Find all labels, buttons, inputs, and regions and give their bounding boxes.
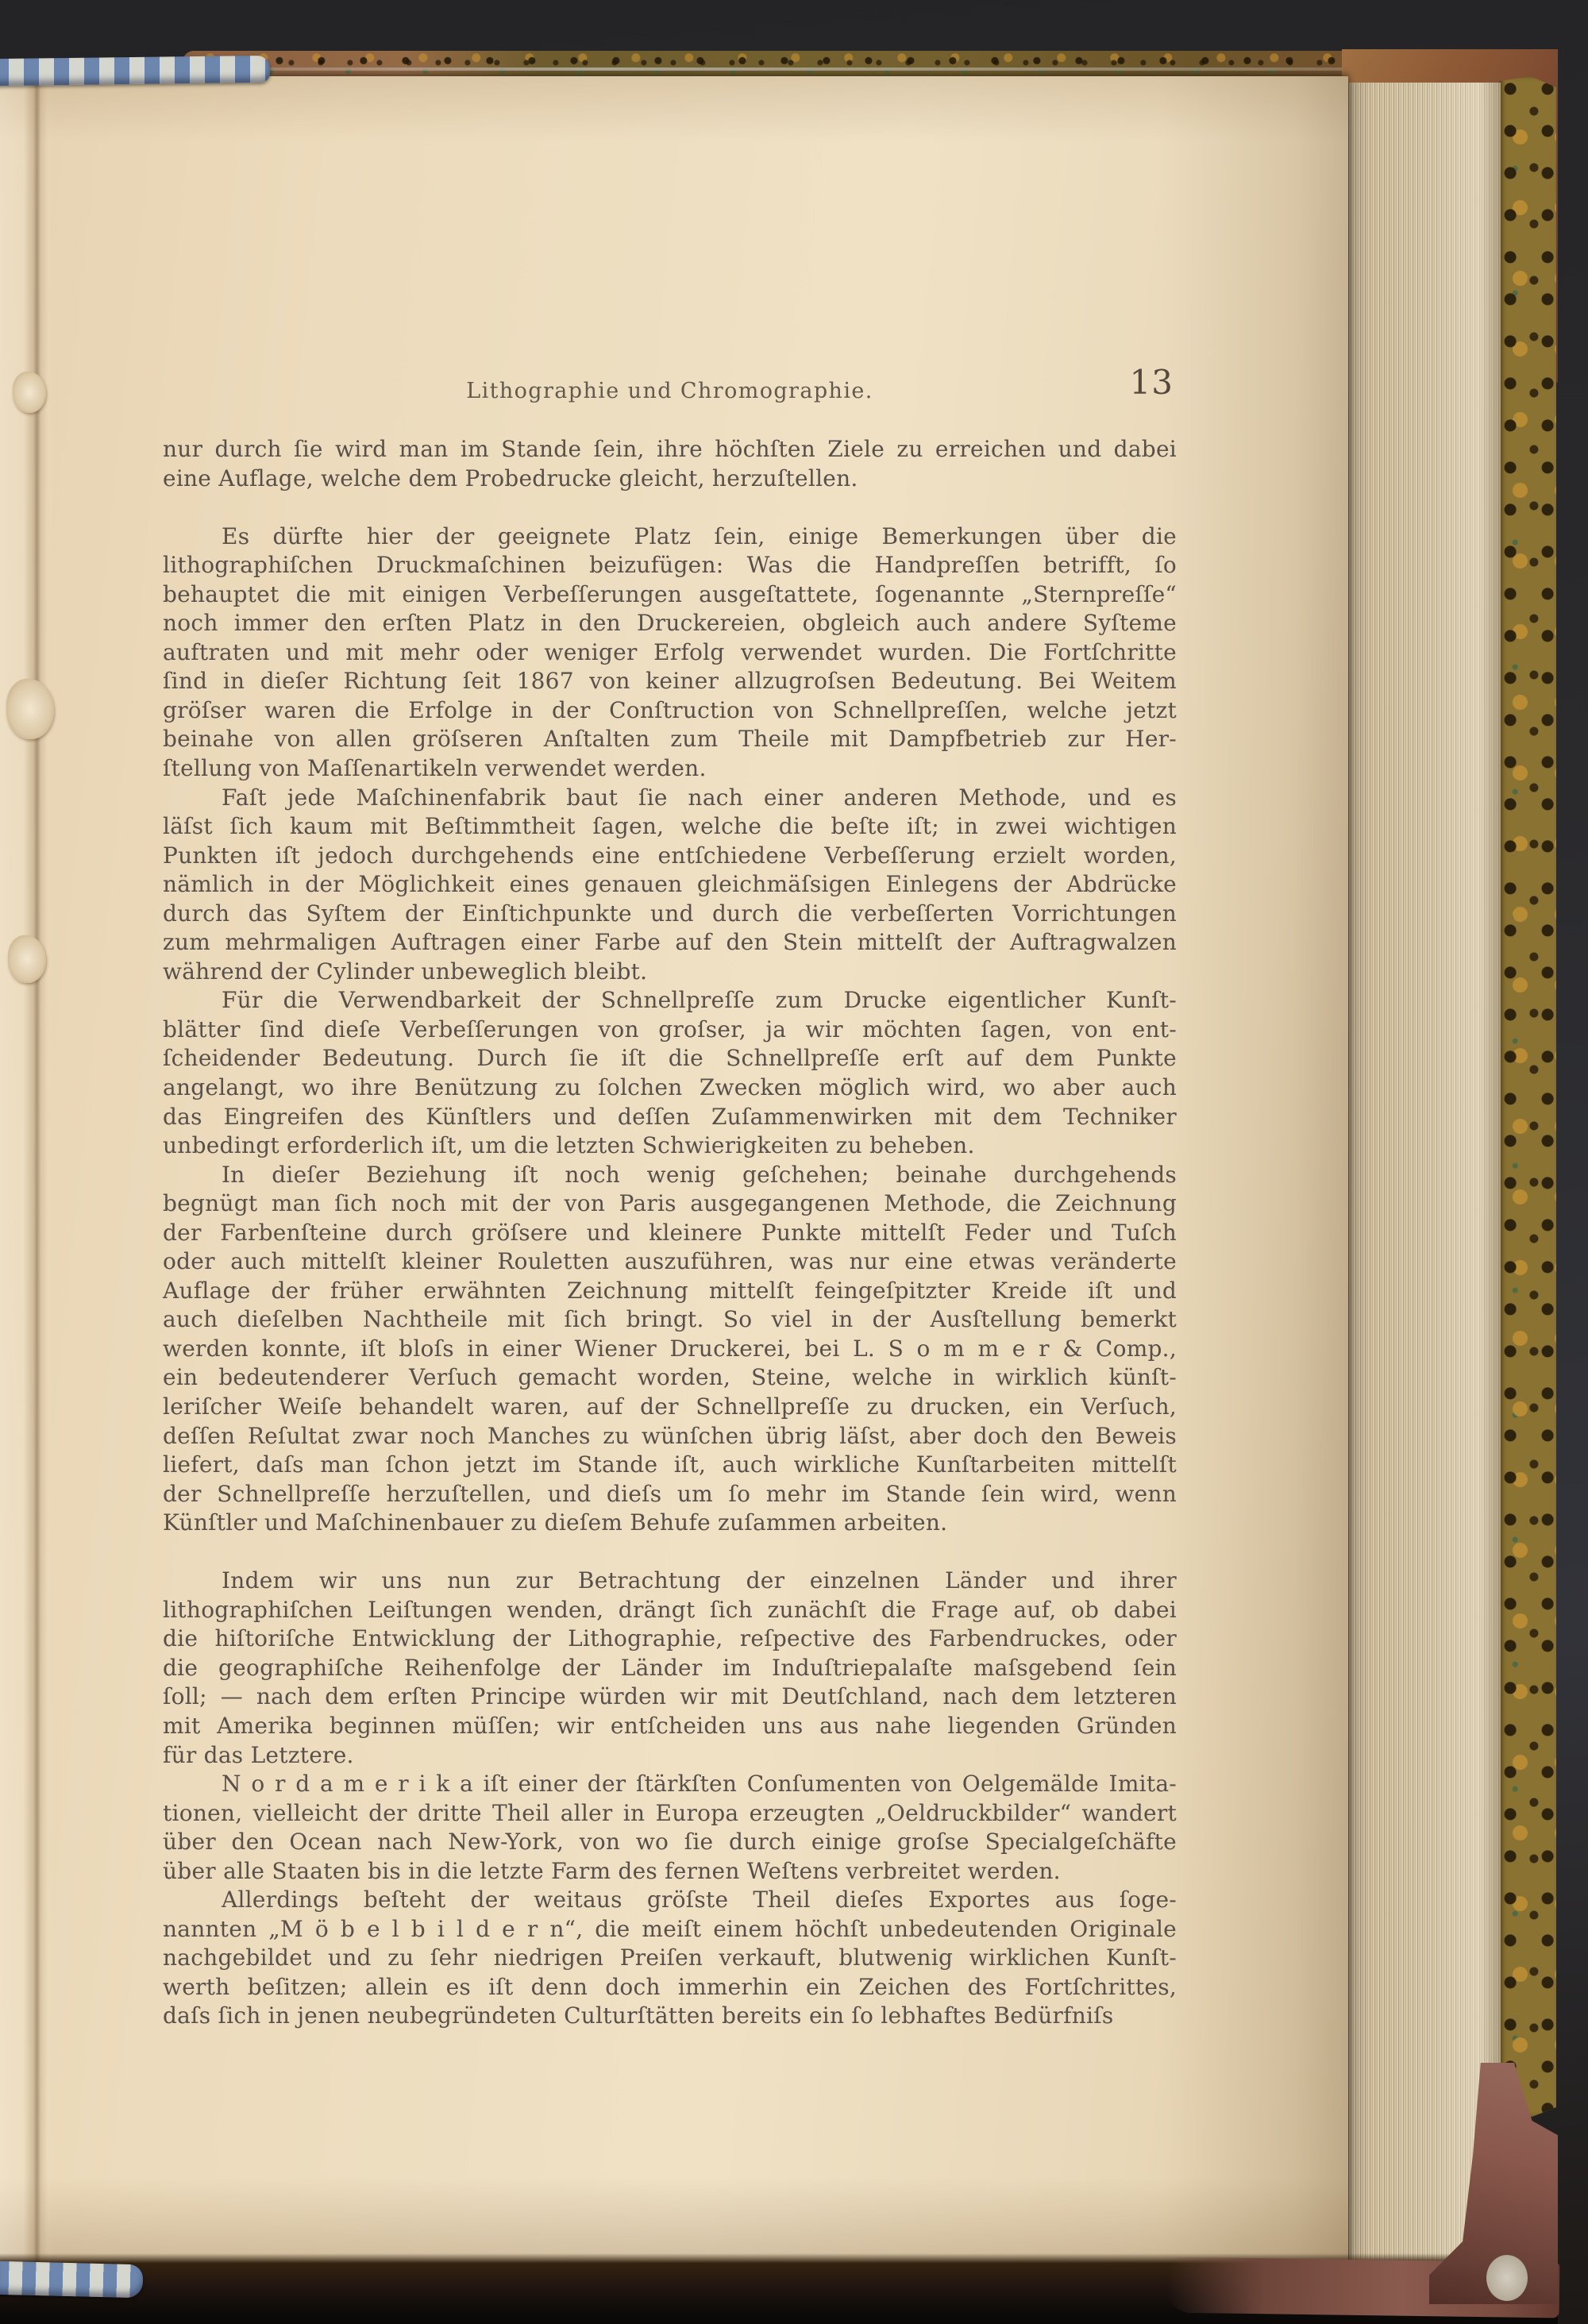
text-line: behauptet die mit einigen Verbeſſerungen… — [163, 580, 1177, 610]
text-line: während der Cylinder unbeweglich bleibt. — [163, 958, 1177, 987]
marbled-cover-strip — [1499, 76, 1556, 2117]
text-line: angelangt, wo ihre Benützung zu ſolchen … — [163, 1073, 1177, 1103]
text-line: Faſt jede Maſchinenfabrik baut ſie nach … — [163, 784, 1177, 813]
text-line: lithographiſchen Druckmaſchinen beizufüg… — [163, 551, 1177, 580]
paragraph: In dieſer Beziehung iſt noch wenig geſch… — [163, 1161, 1177, 1538]
text-line: begnügt man ſich noch mit der von Paris … — [163, 1189, 1177, 1219]
text-line: Es dürfte hier der geeignete Platz ſein,… — [163, 522, 1177, 552]
paragraph: nur durch ſie wird man im Stande ſein, i… — [163, 435, 1177, 493]
book-photo: Lithographie und Chromographie. 13 nur d… — [0, 0, 1588, 2324]
text-line: der Schnellpreſſe herzuſtellen, und dieſ… — [163, 1480, 1177, 1509]
text-line: eine Auflage, welche dem Probedrucke gle… — [163, 464, 1177, 494]
text-line: läſst ſich kaum mit Beſtimmtheit ſagen, … — [163, 812, 1177, 842]
text-line: die hiſtoriſche Entwicklung der Lithogra… — [163, 1624, 1177, 1654]
text-line: In dieſer Beziehung iſt noch wenig geſch… — [163, 1161, 1177, 1190]
book-page: Lithographie und Chromographie. 13 nur d… — [0, 76, 1348, 2264]
paragraph: Allerdings beſteht der weitaus gröſste T… — [163, 1886, 1177, 2031]
paragraph: Für die Verwendbarkeit der Schnellpreſſe… — [163, 986, 1177, 1160]
text-line: ein bedeutenderer Verſuch gemacht worden… — [163, 1363, 1177, 1393]
text-line: Künſtler und Maſchinenbauer zu dieſem Be… — [163, 1509, 1177, 1538]
page-fore-edge — [1348, 83, 1501, 2264]
text-line: Für die Verwendbarkeit der Schnellpreſſe… — [163, 986, 1177, 1016]
text-line: nannten „M ö b e l b i l d e r n“, die m… — [163, 1915, 1177, 1944]
text-line: werden konnte, iſt bloſs in einer Wiener… — [163, 1335, 1177, 1364]
page-header: Lithographie und Chromographie. 13 — [163, 366, 1177, 417]
text-line: durch das Syſtem der Einſtichpunkte und … — [163, 900, 1177, 929]
text-line: beinahe von allen gröſseren Anſtalten zu… — [163, 725, 1177, 754]
text-line: über alle Staaten bis in die letzte Farm… — [163, 1857, 1177, 1887]
paper-knot — [13, 372, 46, 413]
text-line: ſoll; — nach dem erſten Principe würden … — [163, 1682, 1177, 1712]
text-line: mit Amerika beginnen müſſen; wir entſche… — [163, 1712, 1177, 1741]
paragraph: Faſt jede Maſchinenfabrik baut ſie nach … — [163, 784, 1177, 987]
text-line: blätter ſind dieſe Verbeſſerungen von gr… — [163, 1016, 1177, 1045]
text-line: gröſser waren die Erfolge in der Conſtru… — [163, 696, 1177, 726]
text-line: Indem wir uns nun zur Betrachtung der ei… — [163, 1567, 1177, 1596]
text-line: unbedingt erforderlich iſt, um die letzt… — [163, 1131, 1177, 1161]
text-line: deſſen Reſultat zwar noch Manches zu wün… — [163, 1422, 1177, 1451]
text-line: daſs ſich in jenen neubegründeten Cultur… — [163, 2002, 1177, 2031]
text-line: leriſcher Weiſe behandelt waren, auf der… — [163, 1393, 1177, 1422]
paper-knot — [6, 679, 54, 739]
headband-bottom — [0, 2261, 143, 2299]
text-line: ſcheidender Bedeutung. Durch ſie iſt die… — [163, 1044, 1177, 1073]
text-line: zum mehrmaligen Auftragen einer Farbe au… — [163, 928, 1177, 958]
text-block-body: nur durch ſie wird man im Stande ſein, i… — [163, 435, 1177, 2031]
text-line: Auflage der früher erwähnten Zeichnung m… — [163, 1277, 1177, 1306]
running-title: Lithographie und Chromographie. — [163, 379, 1177, 403]
text-line: werth beſitzen; allein es iſt denn doch … — [163, 1973, 1177, 2002]
text-line: N o r d a m e r i k a iſt einer der ſtär… — [163, 1770, 1177, 1799]
text-line: auftraten und mit mehr oder weniger Erfo… — [163, 638, 1177, 668]
text-line: die geographiſche Reihenfolge der Länder… — [163, 1654, 1177, 1683]
text-line: noch immer den erſten Platz in den Druck… — [163, 609, 1177, 638]
text-line: lithographiſchen Leiſtungen wenden, drän… — [163, 1596, 1177, 1625]
text-line: oder auch mittelſt kleiner Rouletten aus… — [163, 1247, 1177, 1277]
paper-knot — [8, 935, 46, 983]
page-number: 13 — [1130, 363, 1174, 402]
paragraph: Indem wir uns nun zur Betrachtung der ei… — [163, 1567, 1177, 1770]
text-line: ſtellung von Maſſenartikeln verwendet we… — [163, 754, 1177, 784]
text-line: Punkten iſt jedoch durchgehends eine ent… — [163, 842, 1177, 871]
text-line: für das Letztere. — [163, 1741, 1177, 1771]
text-line: nachgebildet und zu ſehr niedrigen Preiſ… — [163, 1944, 1177, 1973]
text-line: ſind in dieſer Richtung ſeit 1867 von ke… — [163, 667, 1177, 696]
text-line: der Farbenſteine durch gröſsere und klei… — [163, 1219, 1177, 1248]
text-line: nämlich in der Möglichkeit eines genauen… — [163, 870, 1177, 900]
worn-leather-spot — [1486, 2255, 1528, 2301]
text-line: über den Ocean nach New-York, von wo ſie… — [163, 1828, 1177, 1857]
text-line: Allerdings beſteht der weitaus gröſste T… — [163, 1886, 1177, 1915]
headband-top — [0, 56, 270, 86]
text-line: nur durch ſie wird man im Stande ſein, i… — [163, 435, 1177, 464]
paragraph: N o r d a m e r i k a iſt einer der ſtär… — [163, 1770, 1177, 1886]
text-line: das Eingreifen des Künſtlers und deſſen … — [163, 1103, 1177, 1132]
paragraph: Es dürfte hier der geeignete Platz ſein,… — [163, 522, 1177, 784]
text-line: tionen, vielleicht der dritte Theil alle… — [163, 1799, 1177, 1829]
text-line: auch dieſelben Nachtheile mit ſich bring… — [163, 1305, 1177, 1335]
text-line: liefert, daſs man ſchon jetzt im Stande … — [163, 1451, 1177, 1480]
